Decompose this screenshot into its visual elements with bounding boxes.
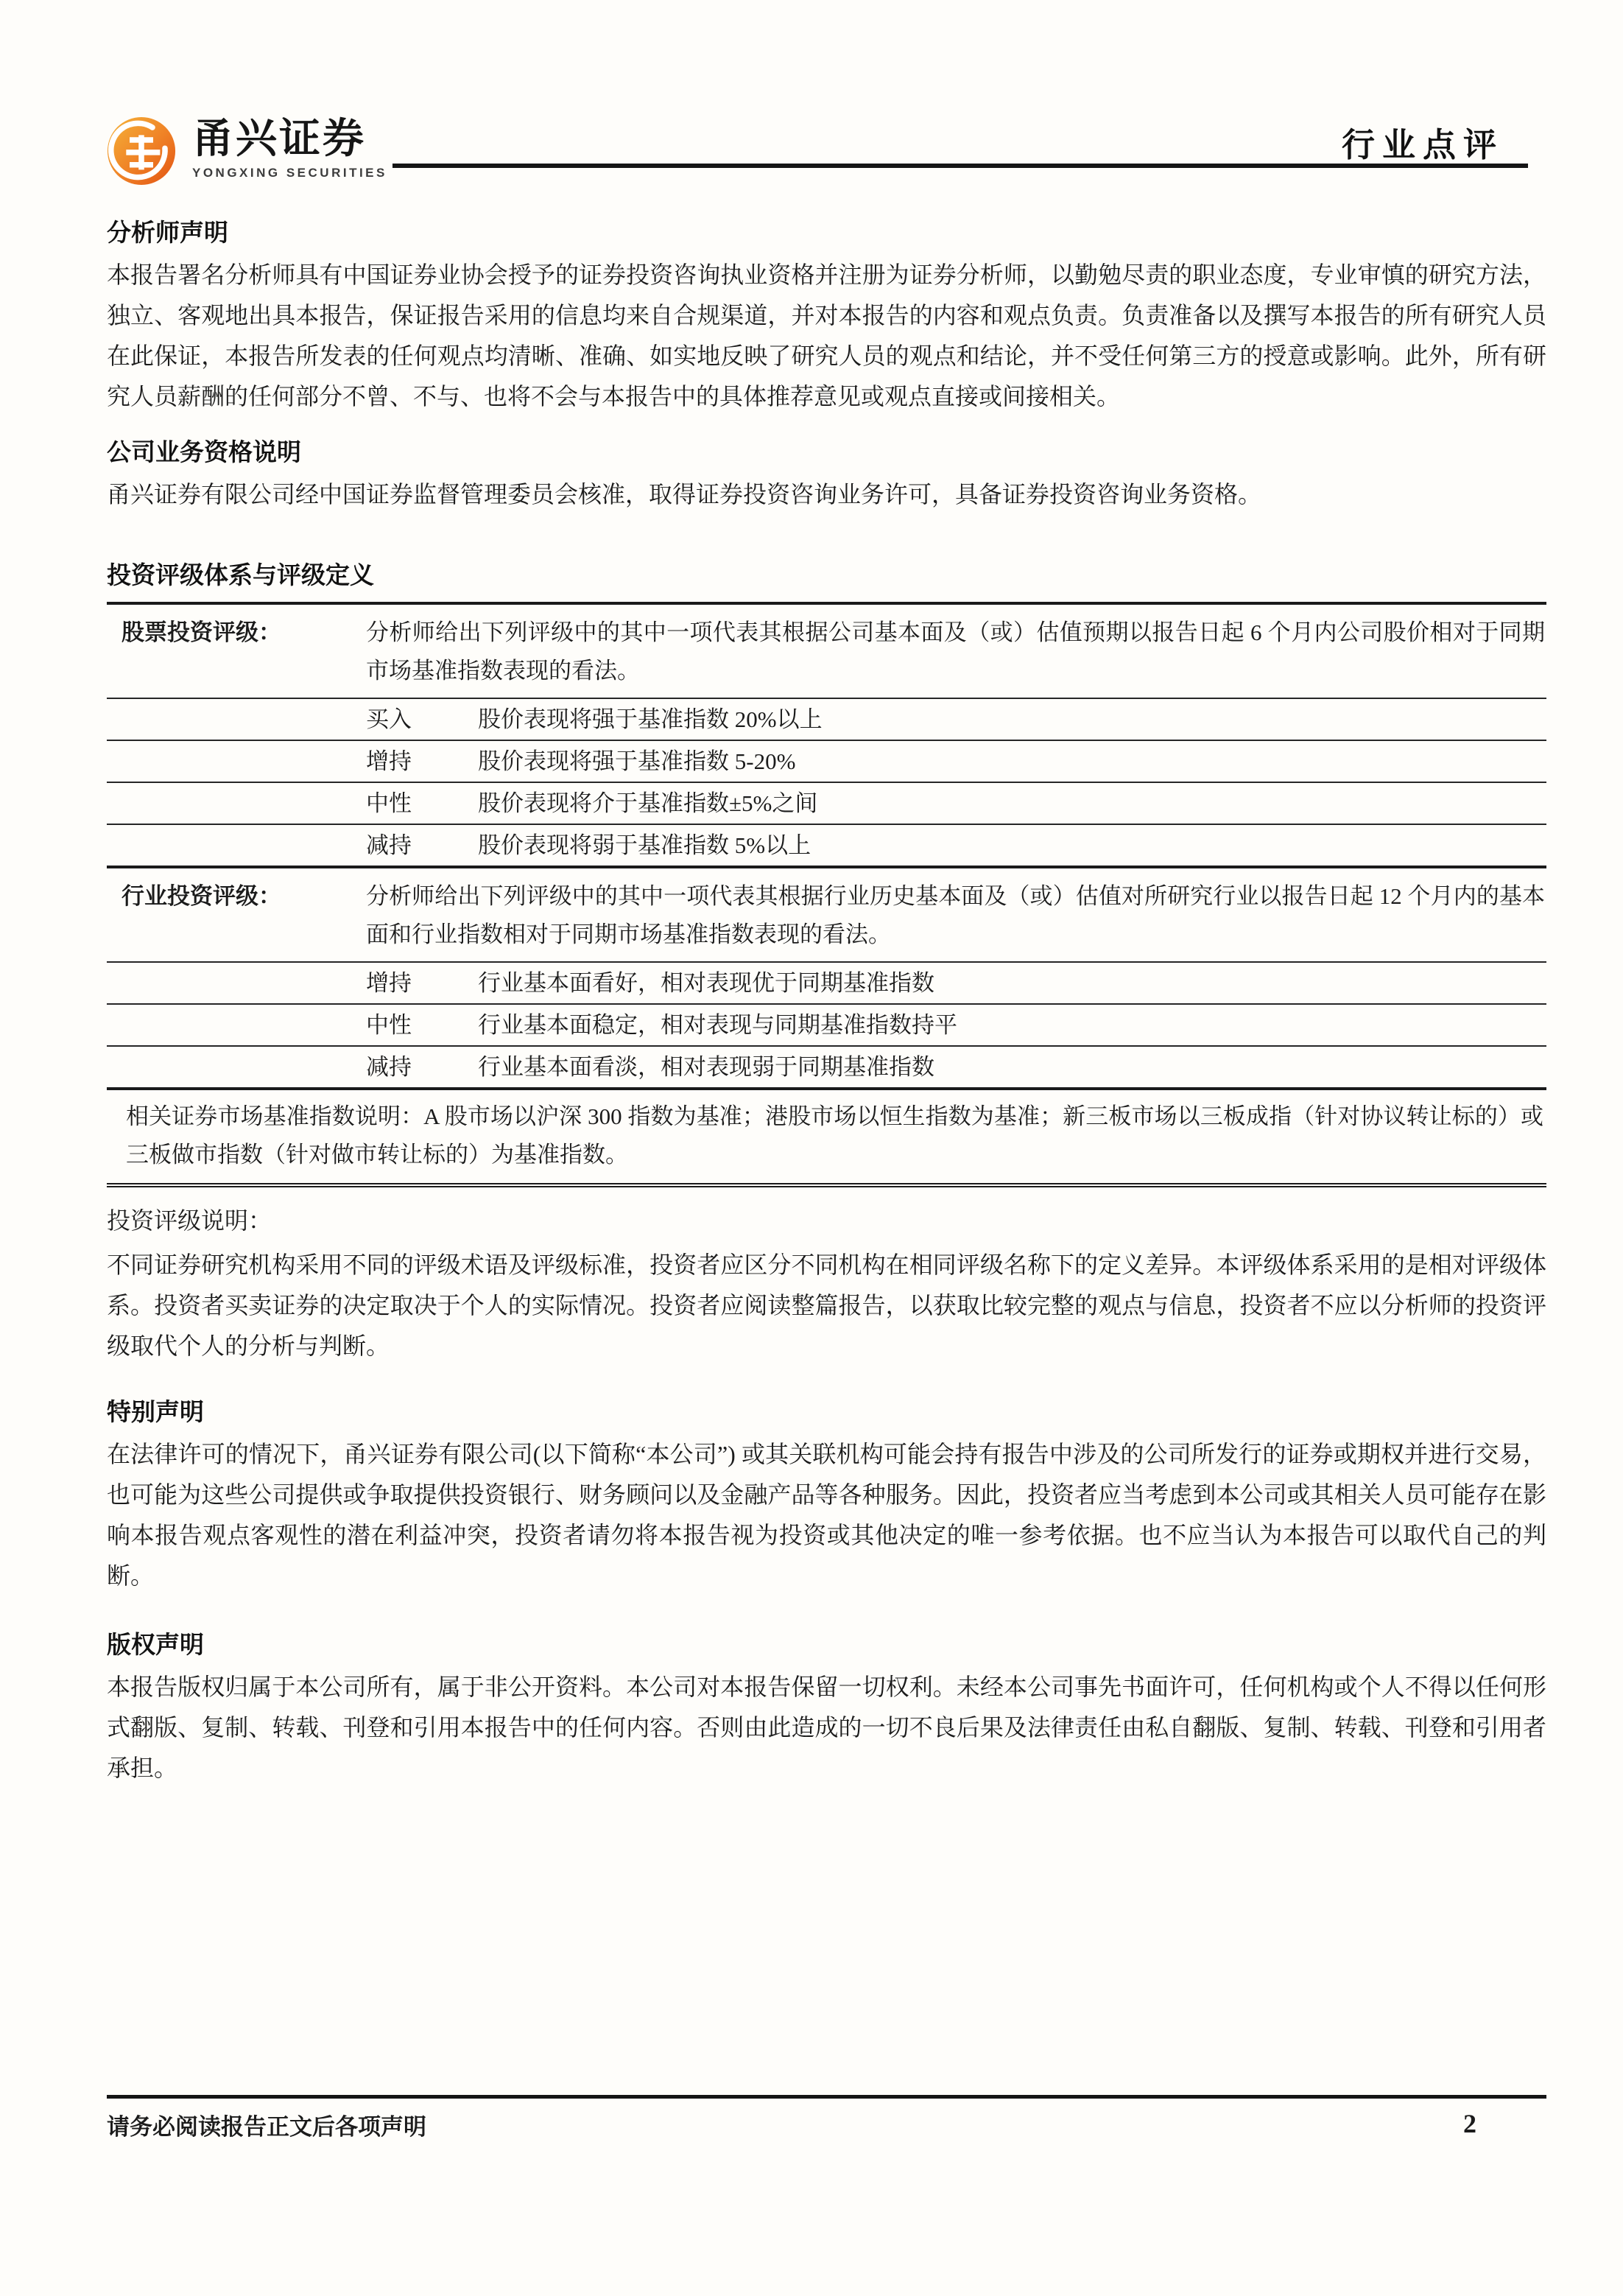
industry-rating-row-underweight: 减持 行业基本面看淡，相对表现弱于同期基准指数 <box>107 1045 1546 1087</box>
brand-name-en: YONGXING SECURITIES <box>192 166 387 180</box>
rating-table: 股票投资评级： 分析师给出下列评级中的其中一项代表其根据公司基本面及（或）估值预… <box>107 602 1546 1187</box>
footer-disclaimer: 请务必阅读报告正文后各项声明 <box>107 2108 426 2141</box>
section-title: 版权声明 <box>107 1630 1546 1660</box>
rating-name: 增持 <box>366 969 478 997</box>
industry-rating-header-row: 行业投资评级： 分析师给出下列评级中的其中一项代表其根据行业历史基本面及（或）估… <box>107 866 1546 961</box>
section-copyright-statement: 版权声明 本报告版权归属于本公司所有，属于非公开资料。本公司对本报告保留一切权利… <box>107 1630 1546 1788</box>
section-body: 在法律许可的情况下，甬兴证券有限公司(以下简称“本公司”) 或其关联机构可能会持… <box>107 1434 1546 1596</box>
rating-desc: 行业基本面稳定，相对表现与同期基准指数持平 <box>478 1011 1546 1039</box>
section-body: 甬兴证券有限公司经中国证券监督管理委员会核准，取得证券投资咨询业务许可，具备证券… <box>107 474 1546 515</box>
stock-rating-definition: 分析师给出下列评级中的其中一项代表其根据公司基本面及（或）估值预期以报告日起 6… <box>366 614 1546 690</box>
rating-name: 减持 <box>366 1053 478 1081</box>
section-body: 本报告版权归属于本公司所有，属于非公开资料。本公司对本报告保留一切权利。未经本公… <box>107 1667 1546 1788</box>
page-number: 2 <box>1463 2108 1546 2139</box>
industry-rating-definition: 分析师给出下列评级中的其中一项代表其根据行业历史基本面及（或）估值对所研究行业以… <box>366 877 1546 954</box>
report-page: 甬兴证券 YONGXING SECURITIES 行业点评 分析师声明 本报告署… <box>0 0 1623 2296</box>
benchmark-index-note: 相关证券市场基准指数说明：A 股市场以沪深 300 指数为基准；港股市场以恒生指… <box>107 1087 1546 1183</box>
section-title: 公司业务资格说明 <box>107 438 1546 467</box>
doc-type-label: 行业点评 <box>1342 118 1504 166</box>
rating-name: 买入 <box>366 706 478 734</box>
stock-rating-label: 股票投资评级： <box>107 614 366 690</box>
section-title: 特别声明 <box>107 1397 1546 1427</box>
page-header: 甬兴证券 YONGXING SECURITIES 行业点评 <box>107 116 1546 203</box>
section-rating-system: 投资评级体系与评级定义 股票投资评级： 分析师给出下列评级中的其中一项代表其根据… <box>107 561 1546 1187</box>
rating-desc: 股价表现将强于基准指数 20%以上 <box>478 706 1546 734</box>
section-title: 分析师声明 <box>107 218 1546 247</box>
rating-name: 减持 <box>366 832 478 860</box>
rating-desc: 行业基本面看好，相对表现优于同期基准指数 <box>478 969 1546 997</box>
rating-desc: 股价表现将强于基准指数 5-20% <box>478 748 1546 776</box>
brand-logo-icon <box>107 116 176 186</box>
stock-rating-row-buy: 买入 股价表现将强于基准指数 20%以上 <box>107 698 1546 740</box>
industry-rating-label: 行业投资评级： <box>107 877 366 954</box>
industry-rating-row-overweight: 增持 行业基本面看好，相对表现优于同期基准指数 <box>107 961 1546 1003</box>
industry-rating-row-neutral: 中性 行业基本面稳定，相对表现与同期基准指数持平 <box>107 1003 1546 1045</box>
section-analyst-statement: 分析师声明 本报告署名分析师具有中国证券业协会授予的证券投资咨询执业资格并注册为… <box>107 218 1546 417</box>
rating-name: 增持 <box>366 748 478 776</box>
rating-name: 中性 <box>366 1011 478 1039</box>
rating-name: 中性 <box>366 790 478 818</box>
rating-desc: 行业基本面看淡，相对表现弱于同期基准指数 <box>478 1053 1546 1081</box>
rating-desc: 股价表现将介于基准指数±5%之间 <box>478 790 1546 818</box>
page-footer: 请务必阅读报告正文后各项声明 2 <box>107 2095 1546 2141</box>
stock-rating-row-overweight: 增持 股价表现将强于基准指数 5-20% <box>107 740 1546 782</box>
section-rating-explanation: 投资评级说明： 不同证券研究机构采用不同的评级术语及评级标准，投资者应区分不同机… <box>107 1204 1546 1366</box>
stock-rating-header-row: 股票投资评级： 分析师给出下列评级中的其中一项代表其根据公司基本面及（或）估值预… <box>107 605 1546 698</box>
rating-desc: 股价表现将弱于基准指数 5%以上 <box>478 832 1546 860</box>
brand-names: 甬兴证券 YONGXING SECURITIES <box>192 116 387 180</box>
stock-rating-row-neutral: 中性 股价表现将介于基准指数±5%之间 <box>107 782 1546 824</box>
section-title: 投资评级体系与评级定义 <box>107 561 1546 590</box>
section-body: 不同证券研究机构采用不同的评级术语及评级标准，投资者应区分不同机构在相同评级名称… <box>107 1245 1546 1366</box>
brand-logo: 甬兴证券 YONGXING SECURITIES <box>107 116 1546 186</box>
section-body: 本报告署名分析师具有中国证券业协会授予的证券投资咨询执业资格并注册为证券分析师，… <box>107 255 1546 417</box>
brand-name-cn: 甬兴证券 <box>192 118 387 159</box>
section-special-statement: 特别声明 在法律许可的情况下，甬兴证券有限公司(以下简称“本公司”) 或其关联机… <box>107 1397 1546 1596</box>
rating-explanation-label: 投资评级说明： <box>107 1204 1546 1237</box>
section-business-qualification: 公司业务资格说明 甬兴证券有限公司经中国证券监督管理委员会核准，取得证券投资咨询… <box>107 438 1546 515</box>
stock-rating-row-underweight: 减持 股价表现将弱于基准指数 5%以上 <box>107 824 1546 866</box>
page-content: 甬兴证券 YONGXING SECURITIES 行业点评 分析师声明 本报告署… <box>107 116 1546 1788</box>
